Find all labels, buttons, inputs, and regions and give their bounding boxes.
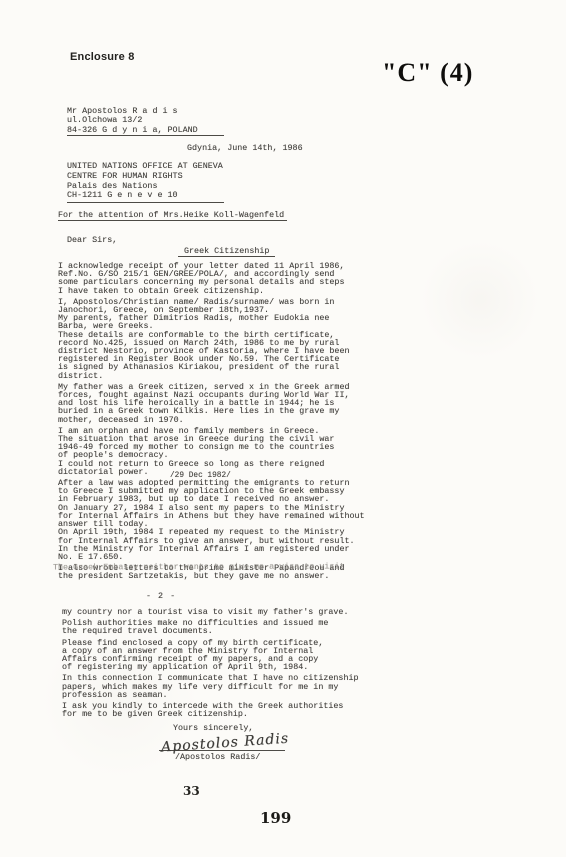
sender-city: 84-326 G d y n i a, POLAND [67, 126, 224, 137]
paragraph-request-intercede: I ask you kindly to intercede with the G… [62, 702, 454, 718]
closing-block: Yours sincerely, Apostolos Radis /Aposto… [173, 724, 289, 761]
paragraph-no-citizenship-papers: In this connection I communicate that I … [62, 674, 454, 699]
paragraph-orphan: I am an orphan and have no family member… [58, 427, 450, 476]
paragraph-acknowledgement: I acknowledge receipt of your letter dat… [58, 262, 450, 295]
typed-insertion-note: /29 Dec 1982/ [170, 473, 231, 481]
enclosure-label: Enclosure 8 [70, 51, 135, 63]
folio-number: 199 [260, 809, 291, 827]
paragraph-father: My father was a Greek citizen, served x … [58, 383, 450, 424]
recipient-city: CH-1211 G e n e v e 10 [67, 191, 224, 202]
paragraph-enclosures: Please find enclosed a copy of my birth … [62, 639, 454, 672]
scanned-letter-page: Enclosure 8 "C" (4) Mr Apostolos R a d i… [0, 0, 566, 857]
paragraph-applications: After a law was adopted permitting the e… [58, 479, 450, 561]
attention-line: For the attention of Mrs.Heike Koll-Wage… [58, 211, 287, 221]
salutation: Dear Sirs, [67, 236, 117, 244]
recipient-address: UNITED NATIONS OFFICE AT GENEVA CENTRE F… [67, 162, 224, 203]
page-number: 33 [183, 784, 200, 798]
page-2-marker: - 2 - [146, 592, 176, 600]
signature-typed: /Apostolos Radis/ [175, 753, 289, 761]
dateline: Gdynia, June 14th, 1986 [187, 144, 303, 152]
paragraph-visa: my country nor a tourist visa to visit m… [62, 608, 454, 616]
letter-body-page1: I acknowledge receipt of your letter dat… [58, 262, 450, 584]
exhibit-label: "C" (4) [382, 58, 473, 88]
sender-address: Mr Apostolos R a d i s ul.Olchowa 13/2 8… [67, 107, 224, 136]
subject-heading: Greek Citizenship [178, 247, 275, 257]
letter-body-page2: my country nor a tourist visa to visit m… [62, 608, 454, 721]
faded-carryover-line: The Greek Embassy neither wants to give … [53, 562, 345, 571]
paragraph-polish-authorities: Polish authorities make no difficulties … [62, 619, 454, 635]
paragraph-birth-details: I, Apostolos/Christian name/ Radis/surna… [58, 298, 450, 380]
